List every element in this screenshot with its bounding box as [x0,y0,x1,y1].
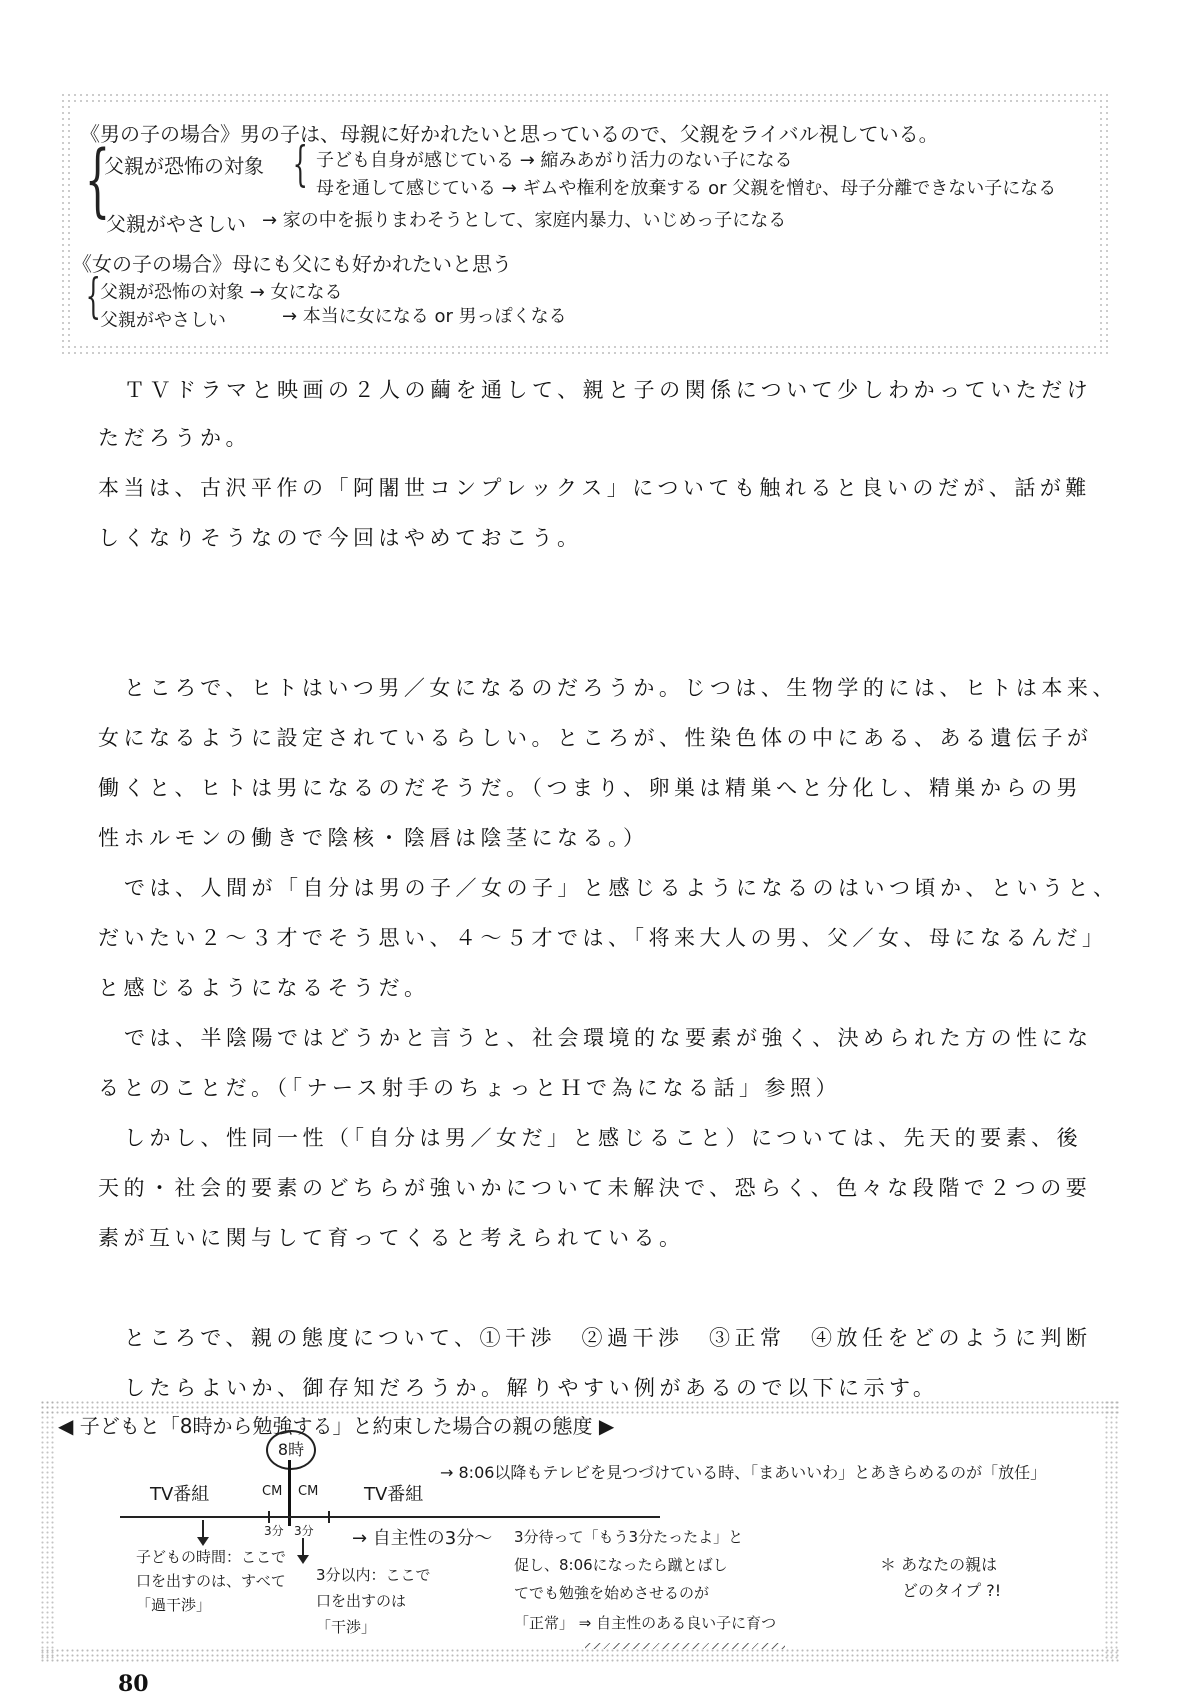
diagram-left-border [40,1400,56,1660]
kid-time-line3: 「過干渉」 [136,1594,211,1615]
brace-girls: { [86,272,101,320]
question-line2: どのタイプ ?! [902,1578,1001,1601]
page-number: 80 [118,1671,149,1697]
clock-8: 8時 [266,1430,316,1470]
girls-father-gentle: 父親がやさしい [100,306,226,332]
p6-line1: ところで、親の態度について、①干渉 ②過干渉 ③正常 ④放任をどのように判断 [124,1322,1092,1352]
p4-line2: るとのことだ。（「ナース射手のちょっとＨで為になる話」参照） [98,1072,841,1102]
boys-father-scary: 父親が恐怖の対象 [104,150,264,179]
arrow-kid-time [202,1520,204,1538]
min-left-label: 3分 [264,1522,284,1539]
arrow-within3 [302,1538,304,1556]
diagram-title: ◀ 子どもと「8時から勉強する」と約束した場合の親の態度 ▶ [58,1410,614,1439]
p1-line3: 本当は、古沢平作の「阿闍世コンプレックス」についても触れると良いのだが、話が難 [98,472,1091,502]
normal-line3: てでも勉強を始めさせるのが [514,1582,709,1603]
boys-father-gentle: 父親がやさしい [106,208,246,237]
question-line1: ＊ あなたの親は [880,1552,997,1575]
p6-line2: したらよいか、御存知だろうか。解りやすい例があるので以下に示す。 [124,1372,938,1402]
girls-father-scary: 父親が恐怖の対象 → 女になる [100,278,343,304]
min-right-label: 3分 [294,1522,314,1539]
diagram-right-border [1104,1400,1120,1660]
within3-line2: 口を出すのは [316,1590,406,1611]
within3-line1: 3分以内：ここで [316,1564,431,1585]
normal-line2: 促し、8:06になったら蹴とばし [514,1554,728,1575]
autonomy-label: → 自主性の3分～ [352,1524,492,1550]
p3-line3: と感じるようになるそうだ。 [98,972,430,1002]
p5-line3: 素が互いに関与して育ってくると考えられている。 [98,1222,685,1252]
boys-child-feels: 子ども自身が感じている → 縮みあがり活力のない子になる [316,146,793,172]
within3-line3: 「干渉」 [316,1616,376,1637]
tv-right-label: TV番組 [364,1480,423,1506]
p5-line1: しかし、性同一性（「自分は男／女だ」と感じること）については、先天的要素、後 [124,1122,1082,1152]
p1-line1: ＴＶドラマと映画の２人の繭を通して、親と子の関係について少しわかっていただけ [124,374,1092,404]
p2-line2: 女になるように設定されているらしい。ところが、性染色体の中にある、ある遺伝子が [98,722,1093,752]
tick-right [328,1511,330,1523]
kid-time-line2: 口を出すのは、すべて [136,1570,286,1591]
brace-scary: { [293,140,308,188]
girls-gentle-result: → 本当に女になる or 男っぽくなる [282,302,567,328]
p3-line1: では、人間が「自分は男の子／女の子」と感じるようになるのはいつ頃か、というと、 [124,872,1119,902]
p5-line2: 天的・社会的要素のどちらが強いかについて未解決で、恐らく、色々な段階で２つの要 [98,1172,1091,1202]
tv-left-label: TV番組 [150,1480,209,1506]
boys-heading: 《男の子の場合》男の子は、母親に好かれたいと思っているので、父親をライバル視して… [80,118,939,147]
p1-line2: ただろうか。 [98,422,251,452]
p2-line1: ところで、ヒトはいつ男／女になるのだろうか。じつは、生物学的には、ヒトは本来、 [124,672,1118,702]
boys-via-mother: 母を通して感じている → ギムや権利を放棄する or 父親を憎む、母子分離できな… [316,174,1056,200]
boys-gentle-result: → 家の中を振りまわそうとして、家庭内暴力、いじめっ子になる [262,206,786,232]
wavy-underline [585,1643,785,1649]
normal-line1: 3分待って「もう3分たったよ」と [514,1526,743,1547]
normal-line4: 「正常」 ⇒ 自主性のある良い子に育つ [514,1612,776,1633]
p2-line3: 働くと、ヒトは男になるのだそうだ。（つまり、卵巣は精巣へと分化し、精巣からの男 [98,772,1082,802]
p4-line1: では、半陰陽ではどうかと言うと、社会環境的な要素が強く、決められた方の性にな [124,1022,1093,1052]
timeline [120,1516,660,1518]
p3-line2: だいたい２～３才でそう思い、４～５才では、「将来大人の男、父／女、母になるんだ」 [98,922,1108,952]
diagram-bottom-border [40,1648,1120,1662]
girls-heading: 《女の子の場合》母にも父にも好かれたいと思う [72,248,512,277]
cm-left-label: CM [262,1484,282,1499]
after-note: → 8:06以降もテレビを見つづけている時、「まあいいわ」とあきらめるのが「放任… [440,1460,1046,1483]
p2-line4: 性ホルモンの働きで陰核・陰唇は陰茎になる。） [98,822,649,852]
p1-line4: しくなりそうなので今回はやめておこう。 [98,522,583,552]
cm-right-label: CM [298,1484,318,1499]
kid-time-line1: 子どもの時間：ここで [136,1546,286,1567]
